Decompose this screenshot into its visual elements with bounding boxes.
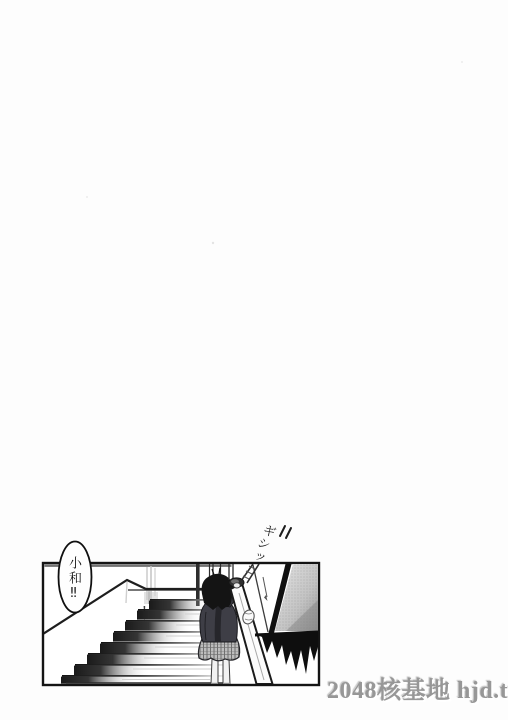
scan-specks: [86, 61, 463, 244]
panel-artwork: [0, 0, 508, 720]
girl-hand: [233, 583, 240, 588]
girl-legs: [211, 659, 218, 684]
watermark-text: 2048核基地 hjd.tw: [327, 677, 508, 706]
manga-page: { "page": { "paper_color": "#fdfdfd", "i…: [0, 0, 508, 720]
sfx-motion-dashes: [280, 526, 291, 538]
speech-bubble-text: 小和‼: [67, 556, 80, 603]
